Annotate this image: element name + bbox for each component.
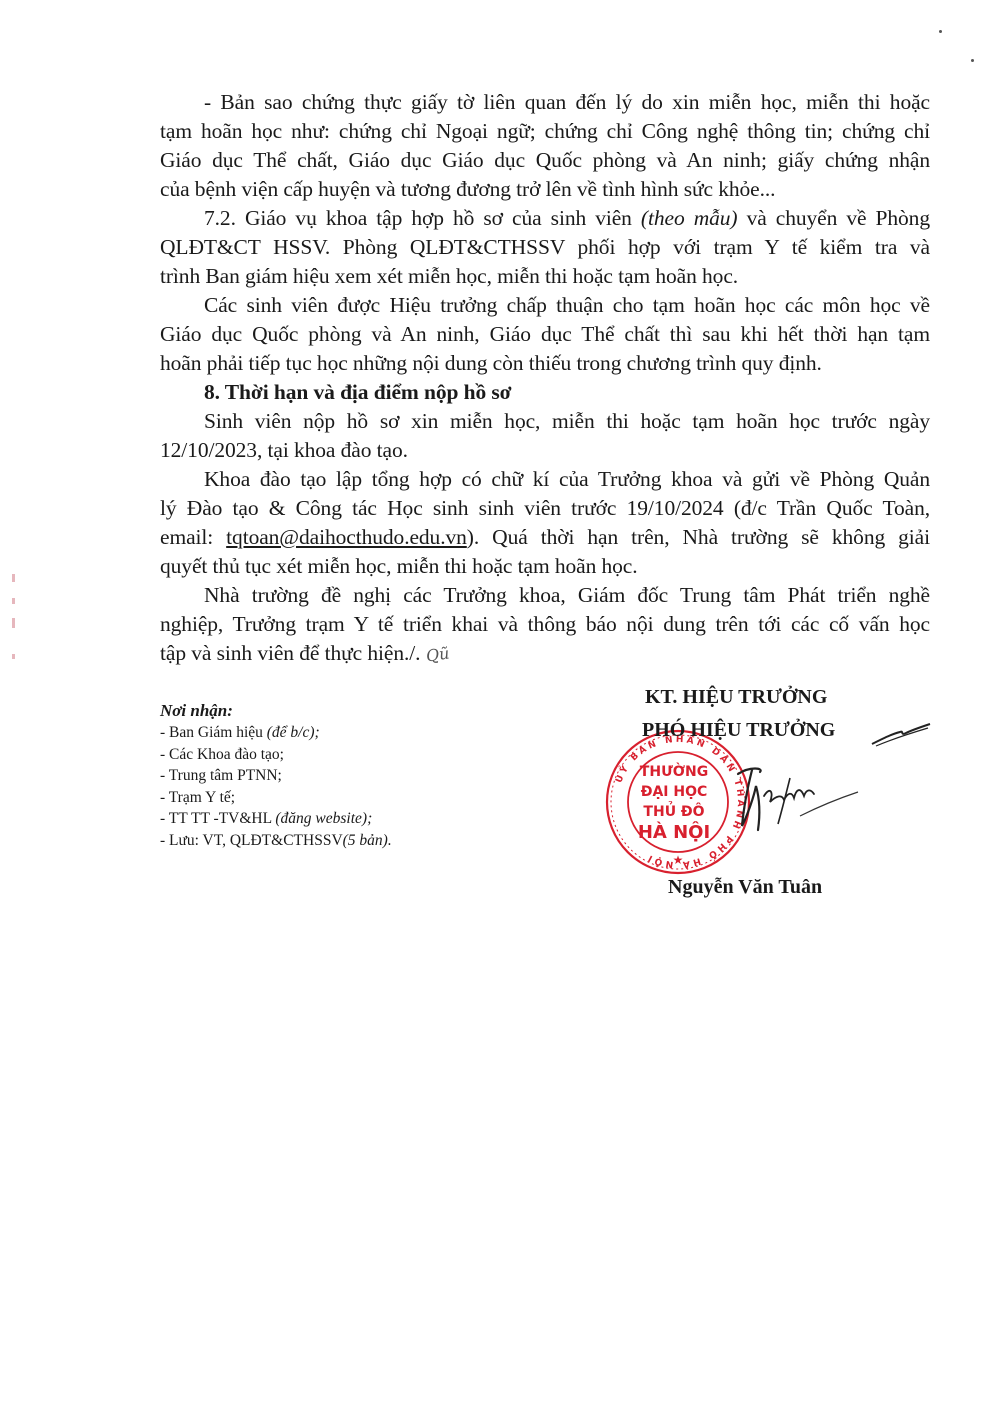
margin-mark bbox=[12, 654, 15, 659]
margin-marks bbox=[8, 570, 22, 670]
svg-text:HÀ NỘI: HÀ NỘI bbox=[638, 821, 710, 843]
email-link[interactable]: tqtoan@daihocthudo.edu.vn bbox=[226, 525, 467, 549]
margin-mark bbox=[12, 618, 15, 628]
margin-mark bbox=[12, 574, 15, 582]
text-line: Sinh viên nộp hồ sơ xin miễn học, miễn t… bbox=[160, 407, 930, 436]
handwritten-flourish-icon bbox=[870, 720, 932, 748]
text-line: của bệnh viện cấp huyện và tương đương t… bbox=[160, 175, 930, 204]
svg-text:★: ★ bbox=[673, 853, 684, 867]
recipients-title: Nơi nhận: bbox=[160, 700, 480, 722]
text-line: trình Ban giám hiệu xem xét miễn học, mi… bbox=[160, 262, 930, 291]
paragraph-request: Nhà trường đề nghị các Trưởng khoa, Giám… bbox=[160, 581, 930, 669]
recipients-list: Nơi nhận: - Ban Giám hiệu (để b/c); - Cá… bbox=[160, 700, 480, 851]
text-line: Các sinh viên được Hiệu trưởng chấp thuậ… bbox=[160, 291, 930, 320]
text-line: tạm hoãn học như: chứng chỉ Ngoại ngữ; c… bbox=[160, 117, 930, 146]
text-span: email: bbox=[160, 525, 226, 549]
paragraph-submission: Khoa đào tạo lập tổng hợp có chữ kí của … bbox=[160, 465, 930, 581]
paragraph-deadline: Sinh viên nộp hồ sơ xin miễn học, miễn t… bbox=[160, 407, 930, 465]
svg-text:THỦ ĐÔ: THỦ ĐÔ bbox=[643, 801, 704, 820]
recipient-item: - TT TT -TV&HL (đăng website); bbox=[160, 808, 480, 830]
scan-speck bbox=[939, 30, 942, 33]
section-8-heading: 8. Thời hạn và địa điểm nộp hồ sơ bbox=[160, 378, 930, 407]
italic-note: (theo mẫu) bbox=[641, 206, 738, 230]
signer-title-line1: KT. HIỆU TRƯỞNG bbox=[645, 686, 827, 709]
recipient-note: (5 bản). bbox=[343, 832, 392, 849]
recipient-item: - Ban Giám hiệu (để b/c); bbox=[160, 722, 480, 744]
text-line: 12/10/2023, tại khoa đào tạo. bbox=[160, 436, 930, 465]
recipient-text: - Lưu: VT, QLĐT&CTHSSV bbox=[160, 832, 343, 849]
text-line: Khoa đào tạo lập tổng hợp có chữ kí của … bbox=[160, 465, 930, 494]
recipient-text: - Ban Giám hiệu bbox=[160, 724, 267, 741]
paragraph-attachments: - Bản sao chứng thực giấy tờ liên quan đ… bbox=[160, 88, 930, 204]
text-line: QLĐT&CT HSSV. Phòng QLĐT&CTHSSV phối hợp… bbox=[160, 233, 930, 262]
text-span: và chuyển về Phòng bbox=[737, 206, 930, 230]
text-line: 7.2. Giáo vụ khoa tập hợp hồ sơ của sinh… bbox=[160, 204, 930, 233]
handwritten-initial: Qũ bbox=[425, 639, 452, 671]
recipient-item: - Các Khoa đào tạo; bbox=[160, 744, 480, 766]
scan-speck bbox=[971, 59, 974, 62]
paragraph-7-2: 7.2. Giáo vụ khoa tập hợp hồ sơ của sinh… bbox=[160, 204, 930, 291]
text-line: Nhà trường đề nghị các Trưởng khoa, Giám… bbox=[160, 581, 930, 610]
recipient-text: - TT TT -TV&HL bbox=[160, 810, 275, 827]
text-line: - Bản sao chứng thực giấy tờ liên quan đ… bbox=[160, 88, 930, 117]
recipient-item: - Trạm Y tế; bbox=[160, 787, 480, 809]
recipient-note: (để b/c); bbox=[267, 724, 320, 741]
recipient-text: - Trung tâm PTNN; bbox=[160, 767, 282, 784]
recipient-item: - Trung tâm PTNN; bbox=[160, 765, 480, 787]
recipient-note: (đăng website); bbox=[275, 810, 372, 827]
margin-mark bbox=[12, 598, 15, 604]
text-span: tập và sinh viên để thực hiện./. bbox=[160, 641, 420, 665]
text-line: email: tqtoan@daihocthudo.edu.vn). Quá t… bbox=[160, 523, 930, 552]
recipient-text: - Trạm Y tế; bbox=[160, 789, 235, 806]
document-body: - Bản sao chứng thực giấy tờ liên quan đ… bbox=[160, 88, 930, 669]
text-line: nghiệp, Trưởng trạm Y tế triển khai và t… bbox=[160, 610, 930, 639]
signer-name: Nguyễn Văn Tuân bbox=[668, 876, 822, 899]
recipient-item: - Lưu: VT, QLĐT&CTHSSV(5 bản). bbox=[160, 830, 480, 852]
text-line: quyết thủ tục xét miễn học, miễn thi hoặ… bbox=[160, 552, 930, 581]
text-line: lý Đào tạo & Công tác Học sinh sinh viên… bbox=[160, 494, 930, 523]
paragraph-deferral: Các sinh viên được Hiệu trưởng chấp thuậ… bbox=[160, 291, 930, 378]
document-page: - Bản sao chứng thực giấy tờ liên quan đ… bbox=[0, 0, 1000, 1405]
svg-text:THƯỜNG: THƯỜNG bbox=[640, 762, 708, 780]
text-line: tập và sinh viên để thực hiện./.Qũ bbox=[160, 639, 930, 669]
text-line: Giáo dục Quốc phòng và An ninh, Giáo dục… bbox=[160, 320, 930, 349]
recipient-text: - Các Khoa đào tạo; bbox=[160, 746, 284, 763]
signer-title-line2: PHÓ HIỆU TRƯỞNG bbox=[642, 719, 835, 742]
svg-text:ĐẠI HỌC: ĐẠI HỌC bbox=[641, 784, 708, 800]
text-line: Giáo dục Thể chất, Giáo dục Giáo dục Quố… bbox=[160, 146, 930, 175]
text-span: 7.2. Giáo vụ khoa tập hợp hồ sơ của sinh… bbox=[204, 206, 641, 230]
text-line: hoãn phải tiếp tục học những nội dung cò… bbox=[160, 349, 930, 378]
text-span: ). Quá thời hạn trên, Nhà trường sẽ khôn… bbox=[467, 525, 930, 549]
handwritten-signature-icon bbox=[730, 756, 860, 846]
